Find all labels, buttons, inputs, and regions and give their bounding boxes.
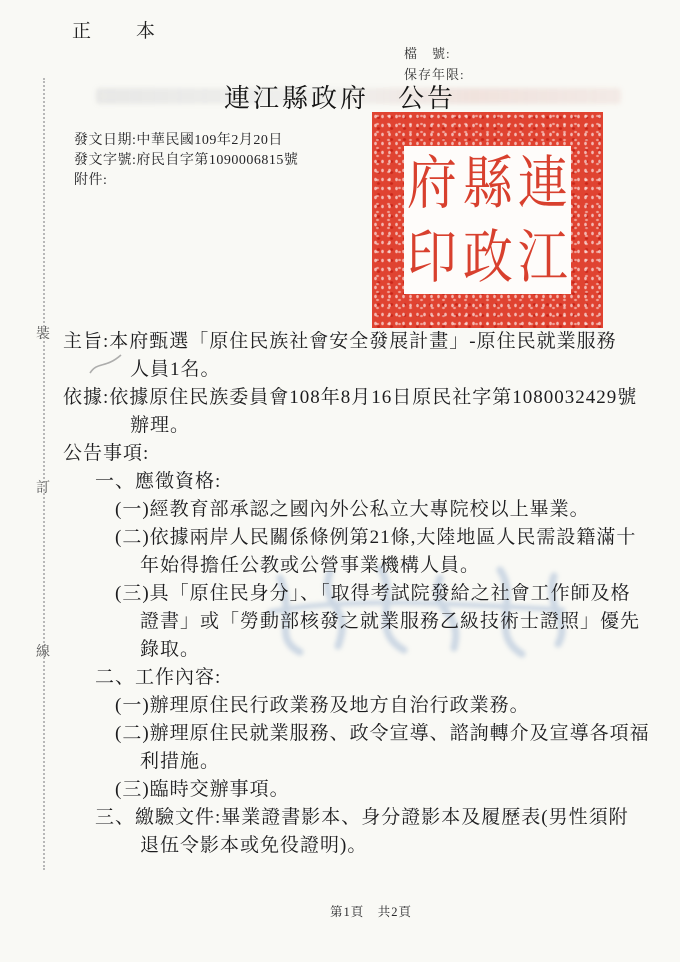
announcement-body: 主旨:本府甄選「原住民族社會安全發展計畫」-原住民就業服務人員1名。依據:依據原… [63,328,648,860]
seal-character: 政 [459,213,516,300]
seal-inner-characters: 府縣連印政江 [404,146,571,294]
official-government-seal: 府縣連印政江 [372,112,603,328]
body-line: 年始得擔任公教或公營事業機構人員。 [140,552,648,580]
body-line: 錄取。 [140,636,648,664]
binding-character: 訂 [36,477,50,497]
page-number-footer: 第1頁 共2頁 [330,902,412,920]
body-line: (一)經教育部承認之國內外公私立大專院校以上畢業。 [115,496,648,524]
meta-row: 發文字號:府民自字第1090006815號 [74,151,298,171]
body-line: (三)具「原住民身分」、「取得考試院發給之社會工作師及格 [115,580,648,608]
body-line: (二)辦理原住民就業服務、政令宣導、諮詢轉介及宣導各項福 [115,720,648,748]
scanned-document-page: 正 本 檔 號: 保存年限: 連江縣政府 公告 發文日期:中華民國109年2月2… [0,0,680,962]
body-line: (三)臨時交辦事項。 [115,776,648,804]
body-line: 依據:依據原住民族委員會108年8月16日原民社字第1080032429號 [63,384,648,412]
meta-row: 發文日期:中華民國109年2月20日 [74,131,298,151]
seal-character: 印 [403,213,460,300]
body-line: 主旨:本府甄選「原住民族社會安全發展計畫」-原住民就業服務 [63,328,648,356]
binding-dotted-line [43,78,45,870]
binding-character: 線 [36,641,50,661]
seal-character: 江 [515,213,572,300]
body-line: (二)依據兩岸人民關係條例第21條,大陸地區人民需設籍滿十 [115,524,648,552]
document-meta-block: 發文日期:中華民國109年2月20日發文字號:府民自字第1090006815號附… [74,131,298,191]
binding-character: 裝 [36,323,50,343]
body-line: 三、繳驗文件:畢業證書影本、身分證影本及履歷表(男性須附 [95,804,648,832]
body-line: 利措施。 [140,748,648,776]
body-line: 二、工作內容: [95,664,648,692]
body-line: 一、應徵資格: [95,468,648,496]
body-line: 辦理。 [130,412,648,440]
body-line: 證書」或「勞動部核發之就業服務乙級技術士證照」優先 [140,608,648,636]
body-line: 退伍令影本或免役證明)。 [140,832,648,860]
copy-type-label: 正 本 [72,16,168,43]
meta-row: 附件: [74,171,298,191]
document-title: 連江縣政府 公告 [0,78,680,115]
body-line: 人員1名。 [130,356,648,384]
body-line: (一)辦理原住民行政業務及地方自治行政業務。 [115,692,648,720]
file-number-label: 檔 號: [404,43,451,62]
body-line: 公告事項: [63,440,648,468]
